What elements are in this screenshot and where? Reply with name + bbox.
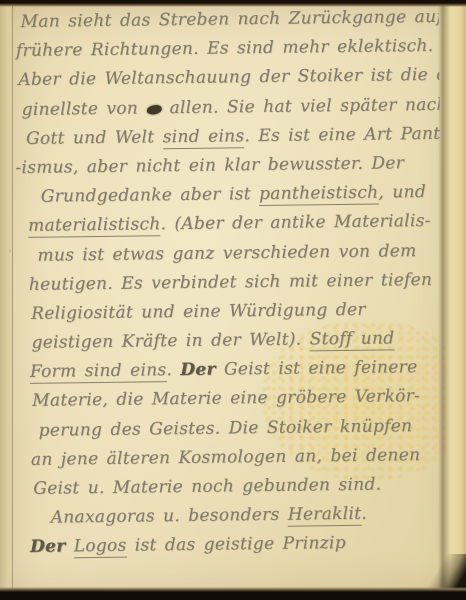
handwritten-text: , und xyxy=(378,182,426,203)
handwritten-text: geistigen Kräfte in der Welt). xyxy=(31,329,309,352)
underlined-text: materialistisch xyxy=(28,215,161,239)
underlined-text: Form sind eins xyxy=(30,360,167,384)
underlined-text: Heraklit xyxy=(288,504,362,527)
photo-top-edge xyxy=(0,0,466,7)
adjacent-page-edge xyxy=(446,0,466,600)
underlined-text: Logos xyxy=(74,536,127,559)
underlined-text: sind eins xyxy=(163,126,245,149)
underlined-text: pantheistisch xyxy=(259,183,379,206)
handwritten-text: Der xyxy=(180,360,216,380)
handwritten-text: Geist ist eine feinere xyxy=(216,357,418,379)
handwritten-text: Grundgedanke aber ist xyxy=(41,184,260,207)
handwritten-text: . xyxy=(166,360,180,380)
handwritten-text: . Es ist eine Art Panthe- xyxy=(244,123,445,146)
handwritten-text: Gott und Welt xyxy=(26,127,163,149)
handwritten-text: Religiosität und eine Würdigung der xyxy=(31,300,366,324)
handwritten-text xyxy=(65,537,73,557)
handwritten-text: ginellste von xyxy=(22,98,147,120)
photo-bottom-edge xyxy=(0,587,466,600)
handwritten-text: Aber die Weltanschauung der Stoiker ist … xyxy=(18,65,445,90)
ink-blot xyxy=(146,104,162,115)
handwritten-text: . (Aber der antike Materialis- xyxy=(160,211,430,234)
handwritten-text: allen. Sie hat viel später nachgewirkt xyxy=(161,93,445,117)
handwritten-text: Geist u. Materie noch gebunden sind. xyxy=(33,475,381,499)
handwritten-text: frühere Richtungen. Es sind mehr eklekti… xyxy=(16,36,434,61)
handwritten-text: . xyxy=(361,504,367,524)
manuscript-scan: Man sieht das Streben nach Zurückgange a… xyxy=(0,0,466,600)
handwritten-text: Anaxagoras u. besonders xyxy=(51,505,288,528)
handwritten-text: mus ist etwas ganz verschieden von dem xyxy=(37,241,416,266)
handwritten-text: heutigen. Es verbindet sich mit einer ti… xyxy=(29,270,433,295)
manuscript-lines: Man sieht das Streben nach Zurückgange a… xyxy=(12,7,445,586)
underlined-text: Stoff und xyxy=(310,328,395,351)
handwritten-text: Man sieht das Streben nach Zurückgange a… xyxy=(20,7,443,32)
page-left-edge xyxy=(0,0,13,600)
handwritten-text: an jene älteren Kosmologen an, bei denen xyxy=(31,445,421,470)
handwritten-text: ist das geistige Prinzip xyxy=(126,533,346,556)
manuscript-line: Anaxagoras u. besonders Heraklit. xyxy=(51,503,445,537)
handwritten-text: Materie, die Materie eine gröbere Verkör… xyxy=(32,387,420,412)
handwritten-text: -ismus, aber nicht ein klar bewusster. D… xyxy=(15,153,404,178)
handwritten-text: Der xyxy=(30,537,66,557)
handwritten-text: perung des Geistes. Die Stoiker knüpfen xyxy=(38,416,412,441)
